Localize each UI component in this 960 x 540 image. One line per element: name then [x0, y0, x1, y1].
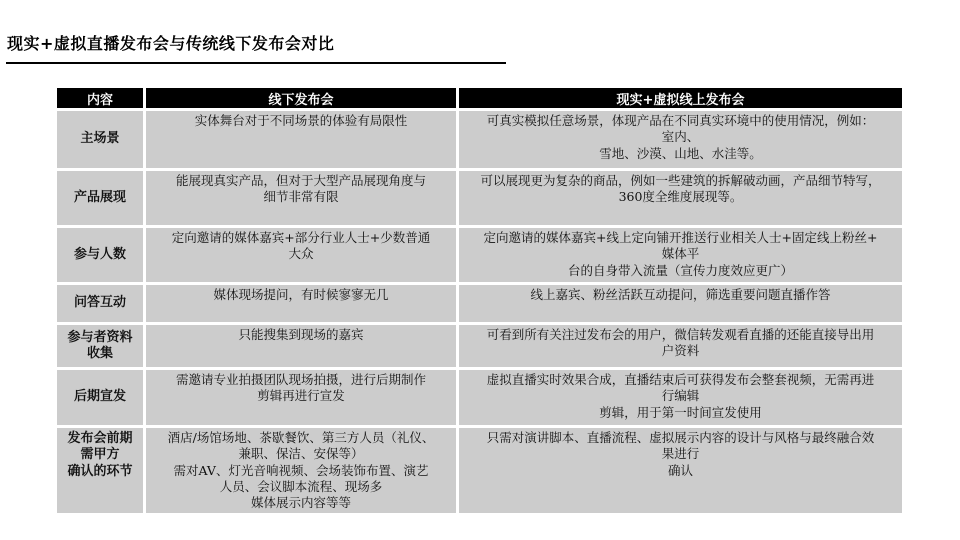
offline-cell: 定向邀请的媒体嘉宾+部分行业人士+少数普通 大众 — [146, 228, 456, 282]
virtual-cell: 虚拟直播实时效果合成，直播结束后可获得发布会整套视频，无需再进 行编辑 剪辑，用… — [459, 370, 902, 425]
row-label: 参与人数 — [57, 228, 143, 282]
row-label: 问答互动 — [57, 285, 143, 322]
row-label: 后期宣发 — [57, 370, 143, 425]
row-label: 参与者资料 收集 — [57, 325, 143, 367]
header-cell-content: 内容 — [57, 88, 143, 108]
comparison-table: 内容 线下发布会 现实+虚拟线上发布会 主场景 实体舞台对于不同场景的体验有局限… — [54, 85, 905, 516]
offline-cell: 需邀请专业拍摄团队现场拍摄，进行后期制作 剪辑再进行宣发 — [146, 370, 456, 425]
virtual-cell: 定向邀请的媒体嘉宾+线上定向铺开推送行业相关人士+固定线上粉丝+ 媒体平 台的自… — [459, 228, 902, 282]
row-label: 发布会前期 需甲方 确认的环节 — [57, 428, 143, 513]
header-cell-offline: 线下发布会 — [146, 88, 456, 108]
offline-cell: 酒店/场馆场地、茶歇餐饮、第三方人员（礼仪、 兼职、保洁、安保等） 需对AV、灯… — [146, 428, 456, 513]
offline-cell: 能展现真实产品，但对于大型产品展现角度与 细节非常有限 — [146, 171, 456, 225]
table-header-row: 内容 线下发布会 现实+虚拟线上发布会 — [57, 88, 902, 108]
table-row: 问答互动 媒体现场提问，有时候寥寥无几 线上嘉宾、粉丝活跃互动提问，筛选重要问题… — [57, 285, 902, 322]
table-row: 参与者资料 收集 只能搜集到现场的嘉宾 可看到所有关注过发布会的用户，微信转发观… — [57, 325, 902, 367]
offline-cell: 实体舞台对于不同场景的体验有局限性 — [146, 111, 456, 168]
row-label: 产品展现 — [57, 171, 143, 225]
table-row: 发布会前期 需甲方 确认的环节 酒店/场馆场地、茶歇餐饮、第三方人员（礼仪、 兼… — [57, 428, 902, 513]
offline-cell: 只能搜集到现场的嘉宾 — [146, 325, 456, 367]
virtual-cell: 只需对演讲脚本、直播流程、虚拟展示内容的设计与风格与最终融合效 果进行 确认 — [459, 428, 902, 513]
table-row: 产品展现 能展现真实产品，但对于大型产品展现角度与 细节非常有限 可以展现更为复… — [57, 171, 902, 225]
table-row: 参与人数 定向邀请的媒体嘉宾+部分行业人士+少数普通 大众 定向邀请的媒体嘉宾+… — [57, 228, 902, 282]
table-row: 主场景 实体舞台对于不同场景的体验有局限性 可真实模拟任意场景，体现产品在不同真… — [57, 111, 902, 168]
row-label: 主场景 — [57, 111, 143, 168]
offline-cell: 媒体现场提问，有时候寥寥无几 — [146, 285, 456, 322]
virtual-cell: 可真实模拟任意场景，体现产品在不同真实环境中的使用情况，例如： 室内、 雪地、沙… — [459, 111, 902, 168]
table-row: 后期宣发 需邀请专业拍摄团队现场拍摄，进行后期制作 剪辑再进行宣发 虚拟直播实时… — [57, 370, 902, 425]
virtual-cell: 可以展现更为复杂的商品，例如一些建筑的拆解破动画，产品细节特写， 360度全维度… — [459, 171, 902, 225]
virtual-cell: 线上嘉宾、粉丝活跃互动提问，筛选重要问题直播作答 — [459, 285, 902, 322]
title-underline — [6, 62, 506, 64]
header-cell-virtual: 现实+虚拟线上发布会 — [459, 88, 902, 108]
virtual-cell: 可看到所有关注过发布会的用户，微信转发观看直播的还能直接导出用 户资料 — [459, 325, 902, 367]
page-title: 现实+虚拟直播发布会与传统线下发布会对比 — [7, 31, 334, 54]
